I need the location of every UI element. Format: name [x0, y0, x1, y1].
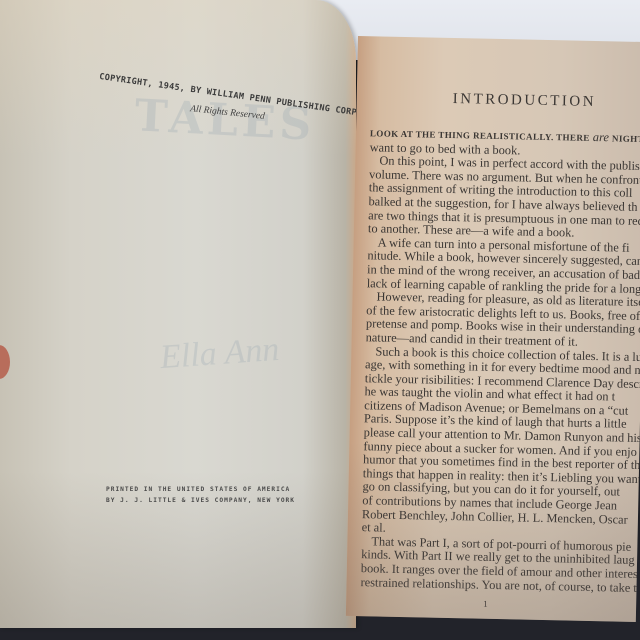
left-page-copyright: TALES Ella Ann COPYRIGHT, 1945, BY WILLI…: [0, 0, 356, 628]
imprint-line-1: PRINTED IN THE UNITED STATES OF AMERICA: [106, 484, 295, 495]
text-line: balked at the suggestion, for I have alw…: [368, 195, 640, 215]
text-line: volume. There was no argument. But when …: [369, 168, 640, 188]
page-heading: INTRODUCTION: [453, 91, 597, 111]
text-line: book. It ranges over the field of amour …: [361, 562, 640, 582]
text-line: lack of learning capable of rankling the…: [367, 277, 640, 297]
imprint-line-2: BY J. J. LITTLE & IVES COMPANY, NEW YORK: [106, 495, 295, 506]
text-line: the assignment of writing the introducti…: [369, 182, 640, 202]
text-line: et al.: [362, 521, 640, 541]
text-line: Robert Benchley, John Collier, H. L. Men…: [362, 508, 640, 528]
text-line: he was taught the violin and what effect…: [364, 385, 640, 405]
body-lines: want to go to bed with a book.On this po…: [360, 141, 640, 596]
text-line: tickle your risibilities: I recommend Cl…: [365, 372, 640, 392]
text-line: things that happen in reality: then it’s…: [363, 467, 640, 487]
text-line: want to go to bed with a book.: [370, 141, 640, 161]
text-line: citizens of Madison Avenue; or Bemelmans…: [364, 399, 640, 419]
text-line: please call your attention to Mr. Damon …: [364, 426, 640, 446]
text-line: A wife can turn into a personal misfortu…: [368, 236, 640, 256]
text-line: in the mind of the wrong receiver, an ac…: [367, 263, 640, 283]
text-line: humor that you sometimes find in the bes…: [363, 453, 640, 473]
text-line: nature—and candid in their treatment of …: [366, 331, 640, 351]
right-page-introduction: INTRODUCTION LOOK AT THE THING REALISTIC…: [346, 36, 640, 622]
page-number: 1: [483, 599, 488, 609]
text-line: are two things that it is presumptuous i…: [368, 209, 640, 229]
text-line: restrained relationships. You are not, o…: [360, 576, 640, 596]
text-line: kinds. With Part II we really get to the…: [361, 549, 640, 569]
text-line: Paris. Suppose it’s the kind of laugh th…: [364, 413, 640, 433]
text-line: nitude. While a book, however sincerely …: [367, 250, 640, 270]
introduction-body: LOOK AT THE THING REALISTICALLY. THERE a…: [360, 126, 640, 595]
text-line: to another. These are—a wife and a book.: [368, 222, 640, 242]
text-line: That was Part I, a sort of pot-pourri of…: [361, 535, 640, 555]
text-line: However, reading for pleasure, as old as…: [366, 290, 640, 310]
show-through-signature: Ella Ann: [159, 331, 281, 377]
text-line: age, with something in it for every bedt…: [365, 358, 640, 378]
text-line: funny piece about a sucker for women. An…: [363, 440, 640, 460]
opening-line: LOOK AT THE THING REALISTICALLY. THERE a…: [370, 126, 640, 147]
text-line: On this point, I was in perfect accord w…: [369, 154, 640, 174]
text-line: of the few aristocratic delights left to…: [366, 304, 640, 324]
printer-imprint: PRINTED IN THE UNITED STATES OF AMERICA …: [106, 484, 295, 506]
text-line: Such a book is this choice collection of…: [365, 345, 640, 365]
text-line: of contributions by names that include G…: [362, 494, 640, 514]
text-line: pretense and pomp. Books wise in their u…: [366, 318, 640, 338]
text-line: go on classifying, but you can do it for…: [362, 481, 640, 501]
